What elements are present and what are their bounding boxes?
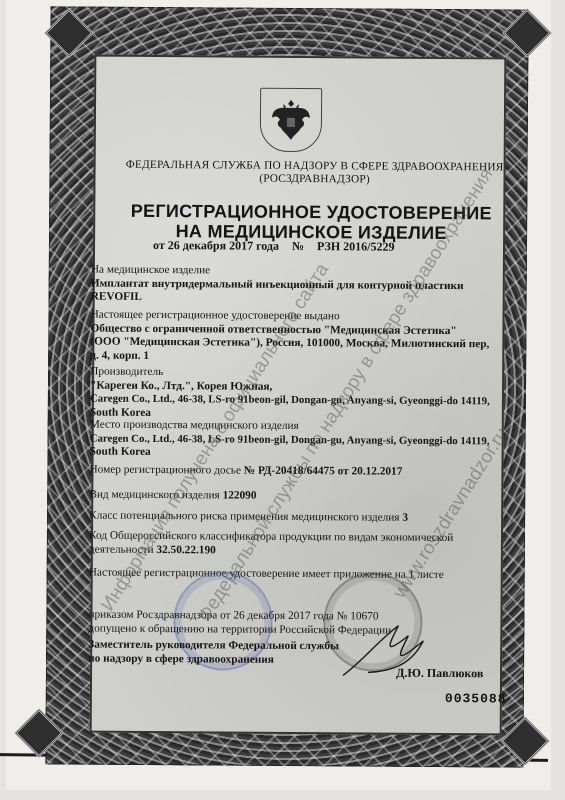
manufacturer-section: Производитель "Карегеи Ко., Лтд.", Корея… — [90, 366, 510, 423]
risk-value: 3 — [402, 512, 408, 524]
number-sign: № — [292, 239, 304, 253]
order-line: допущено к обращению на территории Росси… — [88, 622, 508, 638]
type-value: 122090 — [223, 489, 257, 501]
coat-of-arms-icon — [260, 88, 322, 152]
okpd-value: 32.50.22.190 — [156, 544, 215, 556]
certificate-number: РЗН 2016/5229 — [317, 239, 395, 254]
certificate-date: от 26 декабря 2017 года — [153, 238, 279, 253]
risk-label: Класс потенциального риска применения ме… — [89, 510, 399, 524]
appendix-note: Настоящее регистрационное удостоверение … — [89, 567, 509, 583]
type-label: Вид медицинского изделия — [89, 489, 220, 502]
dossier-value: № РД-20418/64475 от 20.12.2017 — [244, 465, 403, 478]
serial-number: 0035088 — [445, 691, 507, 706]
certificate-date-number: от 26 декабря 2017 года № РЗН 2016/5229 — [153, 238, 405, 255]
signatory-title: Заместитель руководителя Федеральной слу… — [88, 639, 508, 669]
signatory-name: Д.Ю. Павлюков — [396, 666, 483, 682]
agency-name: ФЕДЕРАЛЬНАЯ СЛУЖБА ПО НАДЗОРУ В СФЕРЕ ЗД… — [119, 159, 509, 188]
certificate-content: ФЕДЕРАЛЬНАЯ СЛУЖБА ПО НАДЗОРУ В СФЕРЕ ЗД… — [0, 0, 565, 800]
order-section: приказом Росздравнадзора от 26 декабря 2… — [88, 609, 508, 639]
agency-abbr: (РОСЗДРАВНАДЗОР) — [119, 172, 509, 188]
dossier-label: Номер регистрационного досье — [89, 464, 241, 477]
agency-line: ФЕДЕРАЛЬНАЯ СЛУЖБА ПО НАДЗОРУ В СФЕРЕ ЗД… — [120, 159, 510, 175]
